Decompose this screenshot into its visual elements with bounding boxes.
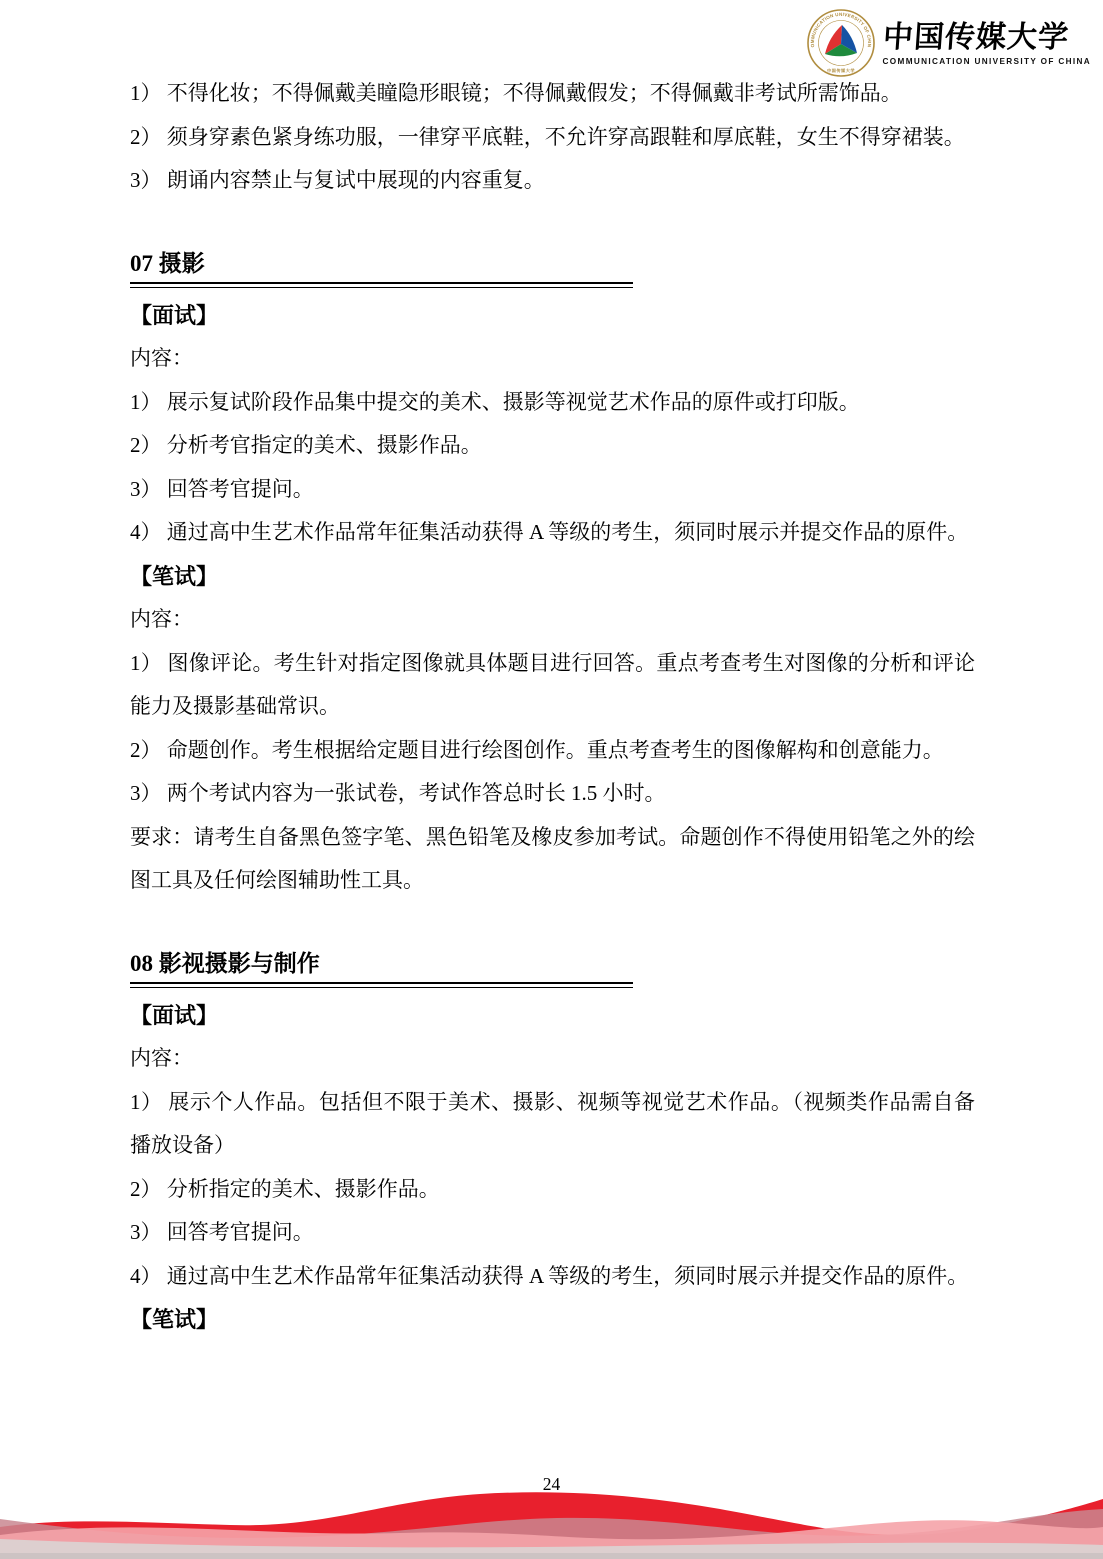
content-label: 内容： — [130, 337, 975, 381]
subsection-written-exam: 【笔试】 — [130, 555, 975, 599]
section-divider — [130, 282, 633, 288]
list-item: 2） 分析指定的美术、摄影作品。 — [130, 1168, 975, 1212]
subsection-interview: 【面试】 — [130, 294, 975, 338]
document-page: COMMUNICATION UNIVERSITY OF CHINA 中国传媒大学… — [0, 0, 1103, 1559]
requirement-item: 2） 须身穿素色紧身练功服，一律穿平底鞋，不允许穿高跟鞋和厚底鞋，女生不得穿裙装… — [130, 116, 975, 160]
section-title-07: 07 摄影 — [130, 249, 975, 279]
requirement-item: 1） 不得化妆；不得佩戴美瞳隐形眼镜；不得佩戴假发；不得佩戴非考试所需饰品。 — [130, 72, 975, 116]
list-item: 2） 命题创作。考生根据给定题目进行绘图创作。重点考查考生的图像解构和创意能力。 — [130, 729, 975, 773]
university-logo: COMMUNICATION UNIVERSITY OF CHINA 中国传媒大学… — [806, 8, 1091, 78]
subsection-written-exam: 【笔试】 — [130, 1298, 975, 1342]
list-item: 3） 回答考官提问。 — [130, 468, 975, 512]
requirement-note: 要求：请考生自备黑色签字笔、黑色铅笔及橡皮参加考试。命题创作不得使用铅笔之外的绘… — [130, 816, 975, 903]
list-item: 4） 通过高中生艺术作品常年征集活动获得 A 等级的考生，须同时展示并提交作品的… — [130, 1255, 975, 1299]
list-item: 1） 展示复试阶段作品集中提交的美术、摄影等视觉艺术作品的原件或打印版。 — [130, 381, 975, 425]
list-item: 2） 分析考官指定的美术、摄影作品。 — [130, 424, 975, 468]
subsection-interview: 【面试】 — [130, 994, 975, 1038]
content-label: 内容： — [130, 598, 975, 642]
wave-bottom-strip — [0, 1553, 1103, 1559]
list-item: 1） 图像评论。考生针对指定图像就具体题目进行回答。重点考查考生对图像的分析和评… — [130, 642, 975, 729]
university-name-en: COMMUNICATION UNIVERSITY OF CHINA — [883, 57, 1091, 66]
section-divider — [130, 982, 633, 988]
document-body: 1） 不得化妆；不得佩戴美瞳隐形眼镜；不得佩戴假发；不得佩戴非考试所需饰品。 2… — [130, 72, 975, 1342]
list-item: 3） 两个考试内容为一张试卷，考试作答总时长 1.5 小时。 — [130, 772, 975, 816]
footer-wave-decoration — [0, 1483, 1103, 1559]
requirement-item: 3） 朗诵内容禁止与复试中展现的内容重复。 — [130, 159, 975, 203]
section-title-08: 08 影视摄影与制作 — [130, 949, 975, 979]
list-item: 1） 展示个人作品。包括但不限于美术、摄影、视频等视觉艺术作品。（视频类作品需自… — [130, 1081, 975, 1168]
university-name-zh: 中国传媒大学 — [881, 20, 1070, 56]
list-item: 3） 回答考官提问。 — [130, 1211, 975, 1255]
list-item: 4） 通过高中生艺术作品常年征集活动获得 A 等级的考生，须同时展示并提交作品的… — [130, 511, 975, 555]
university-seal-icon: COMMUNICATION UNIVERSITY OF CHINA 中国传媒大学 — [806, 8, 876, 78]
logo-text: 中国传媒大学 COMMUNICATION UNIVERSITY OF CHINA — [883, 20, 1091, 66]
content-label: 内容： — [130, 1037, 975, 1081]
